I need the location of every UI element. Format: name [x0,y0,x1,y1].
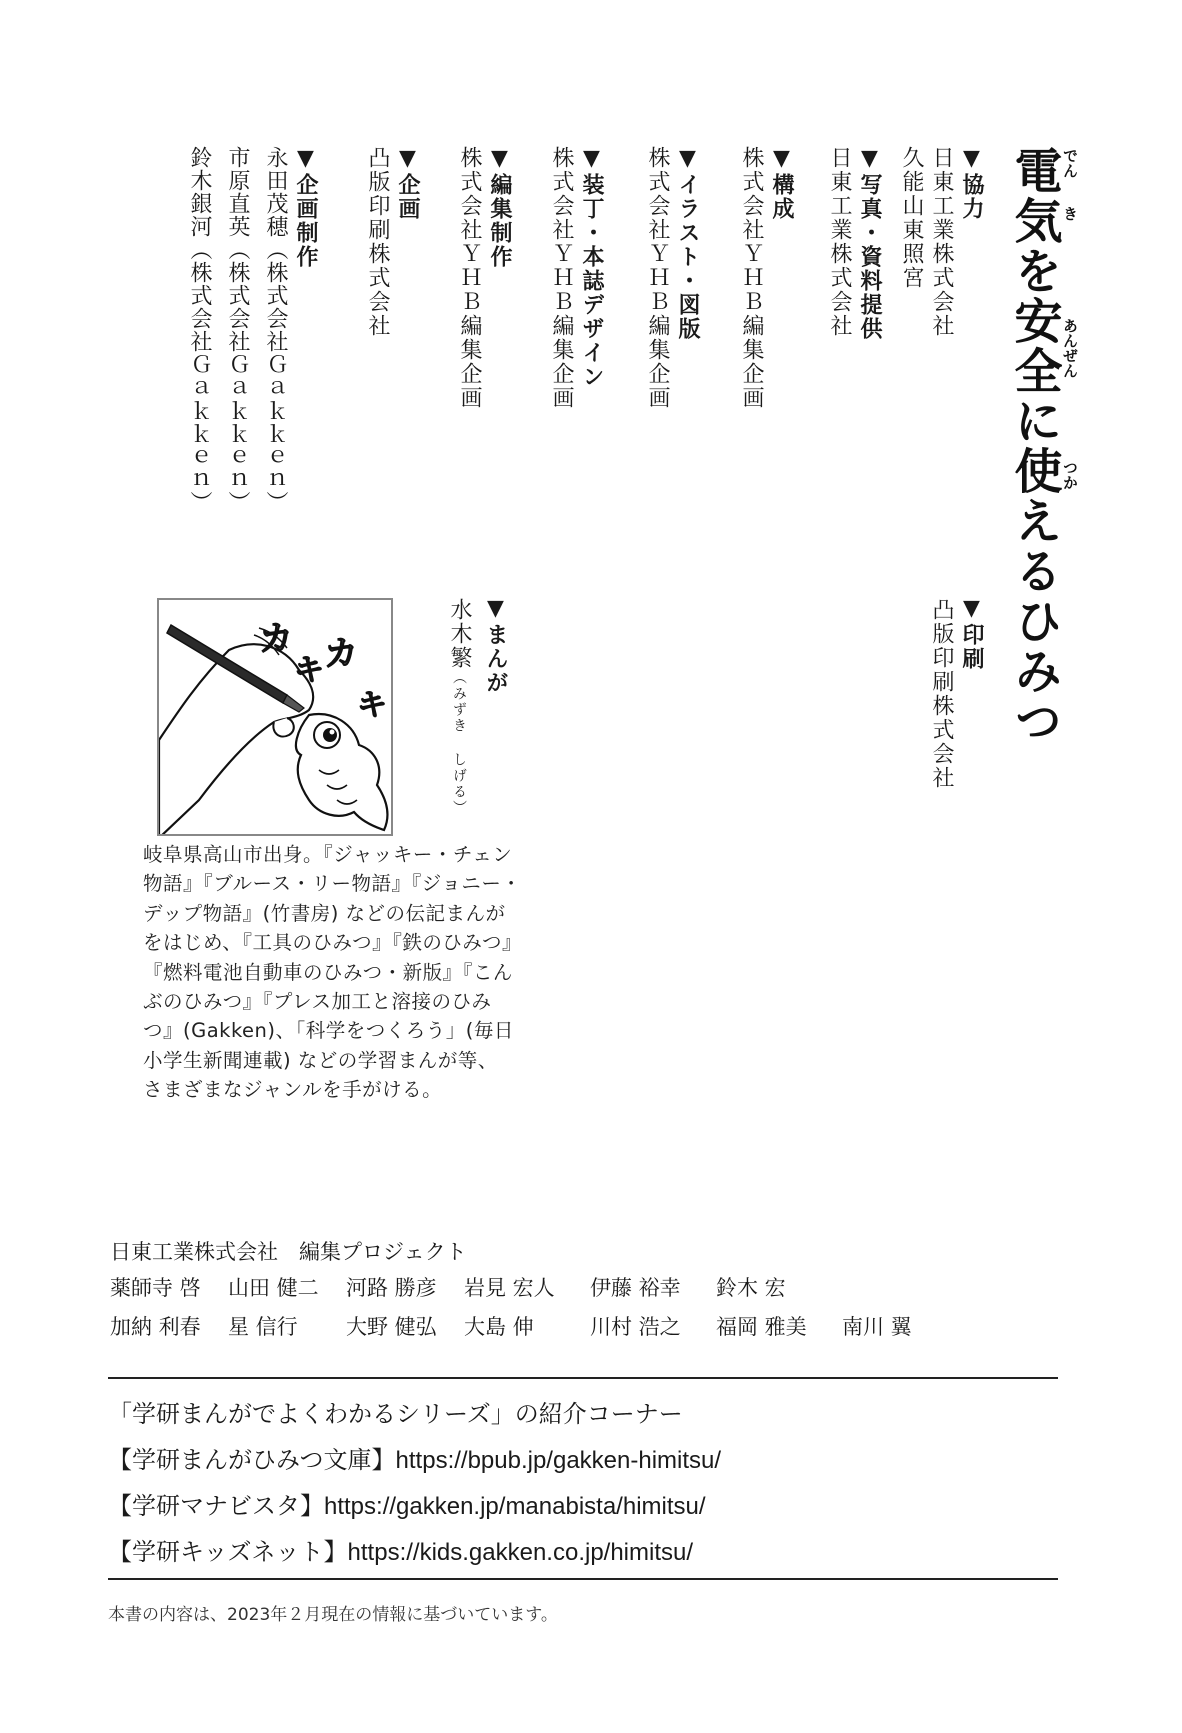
bio-line: つ』(Gakken)、「科学をつくろう」(毎日 [143,1016,523,1045]
series-link-himitsu-bunko[interactable]: 【学研まんがひみつ文庫】https://bpub.jp/gakken-himit… [108,1440,721,1475]
staff-row: 加納 利春 星 信行 大野 健弘 大島 伸 川村 浩之 福岡 雅美 南川 翼 [110,1311,962,1341]
credit-name: 日東工業株式会社 [828,146,850,338]
manga-artist: 水木繁（みずき しげる） [448,598,470,816]
sfx-text: キ [294,653,324,688]
sfx-text: カ [324,634,358,674]
credit-heading-planning-production: ▼企画制作 [294,146,316,269]
artist-bio: 岐阜県高山市出身。『ジャッキー・チェン 物語』『ブルース・リー物語』『ジョニー・… [143,840,523,1105]
credit-heading-manga: ▼まんが [484,596,506,695]
credit-name: 永田茂穂（株式会社Ｇａｋｋｅｎ） [264,146,286,514]
series-link-kidsnet[interactable]: 【学研キッズネット】https://kids.gakken.co.jp/himi… [108,1532,693,1567]
ruby-ki: き [1062,206,1077,221]
bio-line: 物語』『ブルース・リー物語』『ジョニー・ [143,869,523,898]
credit-heading-illustration: ▼イラスト・図版 [676,146,698,341]
staff-project-title: 日東工業株式会社 編集プロジェクト [110,1236,467,1266]
link-label: 【学研まんがひみつ文庫】 [108,1447,396,1474]
credit-heading-planning: ▼企画 [396,146,418,221]
divider [108,1377,1058,1379]
bio-line: をはじめ、『工具のひみつ』『鉄のひみつ』 [143,928,523,957]
staff-name: 川村 浩之 [590,1311,716,1341]
manga-artist-reading: （みずき しげる） [451,670,467,816]
credit-name: 日東工業株式会社 [930,146,952,338]
series-intro: 「学研まんがでよくわかるシリーズ」の紹介コーナー [108,1394,683,1429]
credit-name: 株式会社ＹＨＢ編集企画 [550,146,572,410]
artist-illustration: カ キ カ キ [157,598,393,836]
credit-name: 株式会社ＹＨＢ編集企画 [740,146,762,410]
staff-name: 伊藤 裕幸 [590,1272,716,1302]
credit-heading-photo: ▼写真・資料提供 [858,146,880,341]
ruby-den: でん [1062,148,1077,178]
link-url[interactable]: https://bpub.jp/gakken-himitsu/ [396,1447,722,1474]
credit-name: 株式会社ＹＨＢ編集企画 [646,146,668,410]
staff-name: 星 信行 [228,1311,346,1341]
credit-heading-composition: ▼構成 [770,146,792,221]
bio-line: さまざまなジャンルを手がける。 [143,1075,523,1104]
bio-line: 岐阜県高山市出身。『ジャッキー・チェン [143,840,523,869]
sfx-text: カ [259,619,293,659]
bio-line: デップ物語』(竹書房) などの伝記まんが [143,899,523,928]
credit-name: 久能山東照宮 [900,146,922,290]
hand-drawing-fish-icon: カ キ カ キ [159,600,393,836]
staff-name: 岩見 宏人 [464,1272,590,1302]
credit-heading-cooperation: ▼協力 [960,146,982,221]
credit-name: 凸版印刷株式会社 [366,146,388,338]
staff-name: 福岡 雅美 [716,1311,842,1341]
credit-name: 市原直英（株式会社Ｇａｋｋｅｎ） [226,146,248,514]
staff-name: 鈴木 宏 [716,1272,836,1302]
link-label: 【学研キッズネット】 [108,1539,348,1566]
staff-name: 河路 勝彦 [346,1272,464,1302]
link-label: 【学研マナビスタ】 [108,1493,324,1520]
sfx-text: キ [357,688,387,723]
bio-line: 『燃料電池自動車のひみつ・新版』『こん [143,958,523,987]
credit-name: 株式会社ＹＨＢ編集企画 [458,146,480,410]
info-date-note: 本書の内容は、2023年２月現在の情報に基づいています。 [108,1600,558,1625]
credit-heading-printing: ▼印刷 [960,596,982,671]
bio-line: ぶのひみつ』『プレス加工と溶接のひみ [143,987,523,1016]
staff-name: 南川 翼 [842,1311,962,1341]
book-title: 電気を安全に使えるひみつ [1010,146,1058,746]
divider [108,1578,1058,1580]
credit-heading-design: ▼装丁・本誌デザイン [580,146,602,389]
staff-name: 大島 伸 [464,1311,590,1341]
link-url[interactable]: https://kids.gakken.co.jp/himitsu/ [348,1539,694,1566]
credit-name: 鈴木銀河（株式会社Ｇａｋｋｅｎ） [188,146,210,514]
bio-line: 小学生新聞連載) などの学習まんが等、 [143,1046,523,1075]
staff-name: 薬師寺 啓 [110,1272,228,1302]
ruby-anzen: あんぜん [1062,318,1077,378]
manga-artist-name: 水木繁 [447,598,472,670]
staff-row: 薬師寺 啓 山田 健二 河路 勝彦 岩見 宏人 伊藤 裕幸 鈴木 宏 [110,1272,836,1302]
link-url[interactable]: https://gakken.jp/manabista/himitsu/ [324,1493,706,1520]
printing-company: 凸版印刷株式会社 [930,598,952,790]
credit-heading-editing: ▼編集制作 [488,146,510,269]
staff-name: 大野 健弘 [346,1311,464,1341]
series-link-manabista[interactable]: 【学研マナビスタ】https://gakken.jp/manabista/him… [108,1486,706,1521]
staff-name: 山田 健二 [228,1272,346,1302]
ruby-tsuka: つか [1062,460,1077,490]
staff-name: 加納 利春 [110,1311,228,1341]
